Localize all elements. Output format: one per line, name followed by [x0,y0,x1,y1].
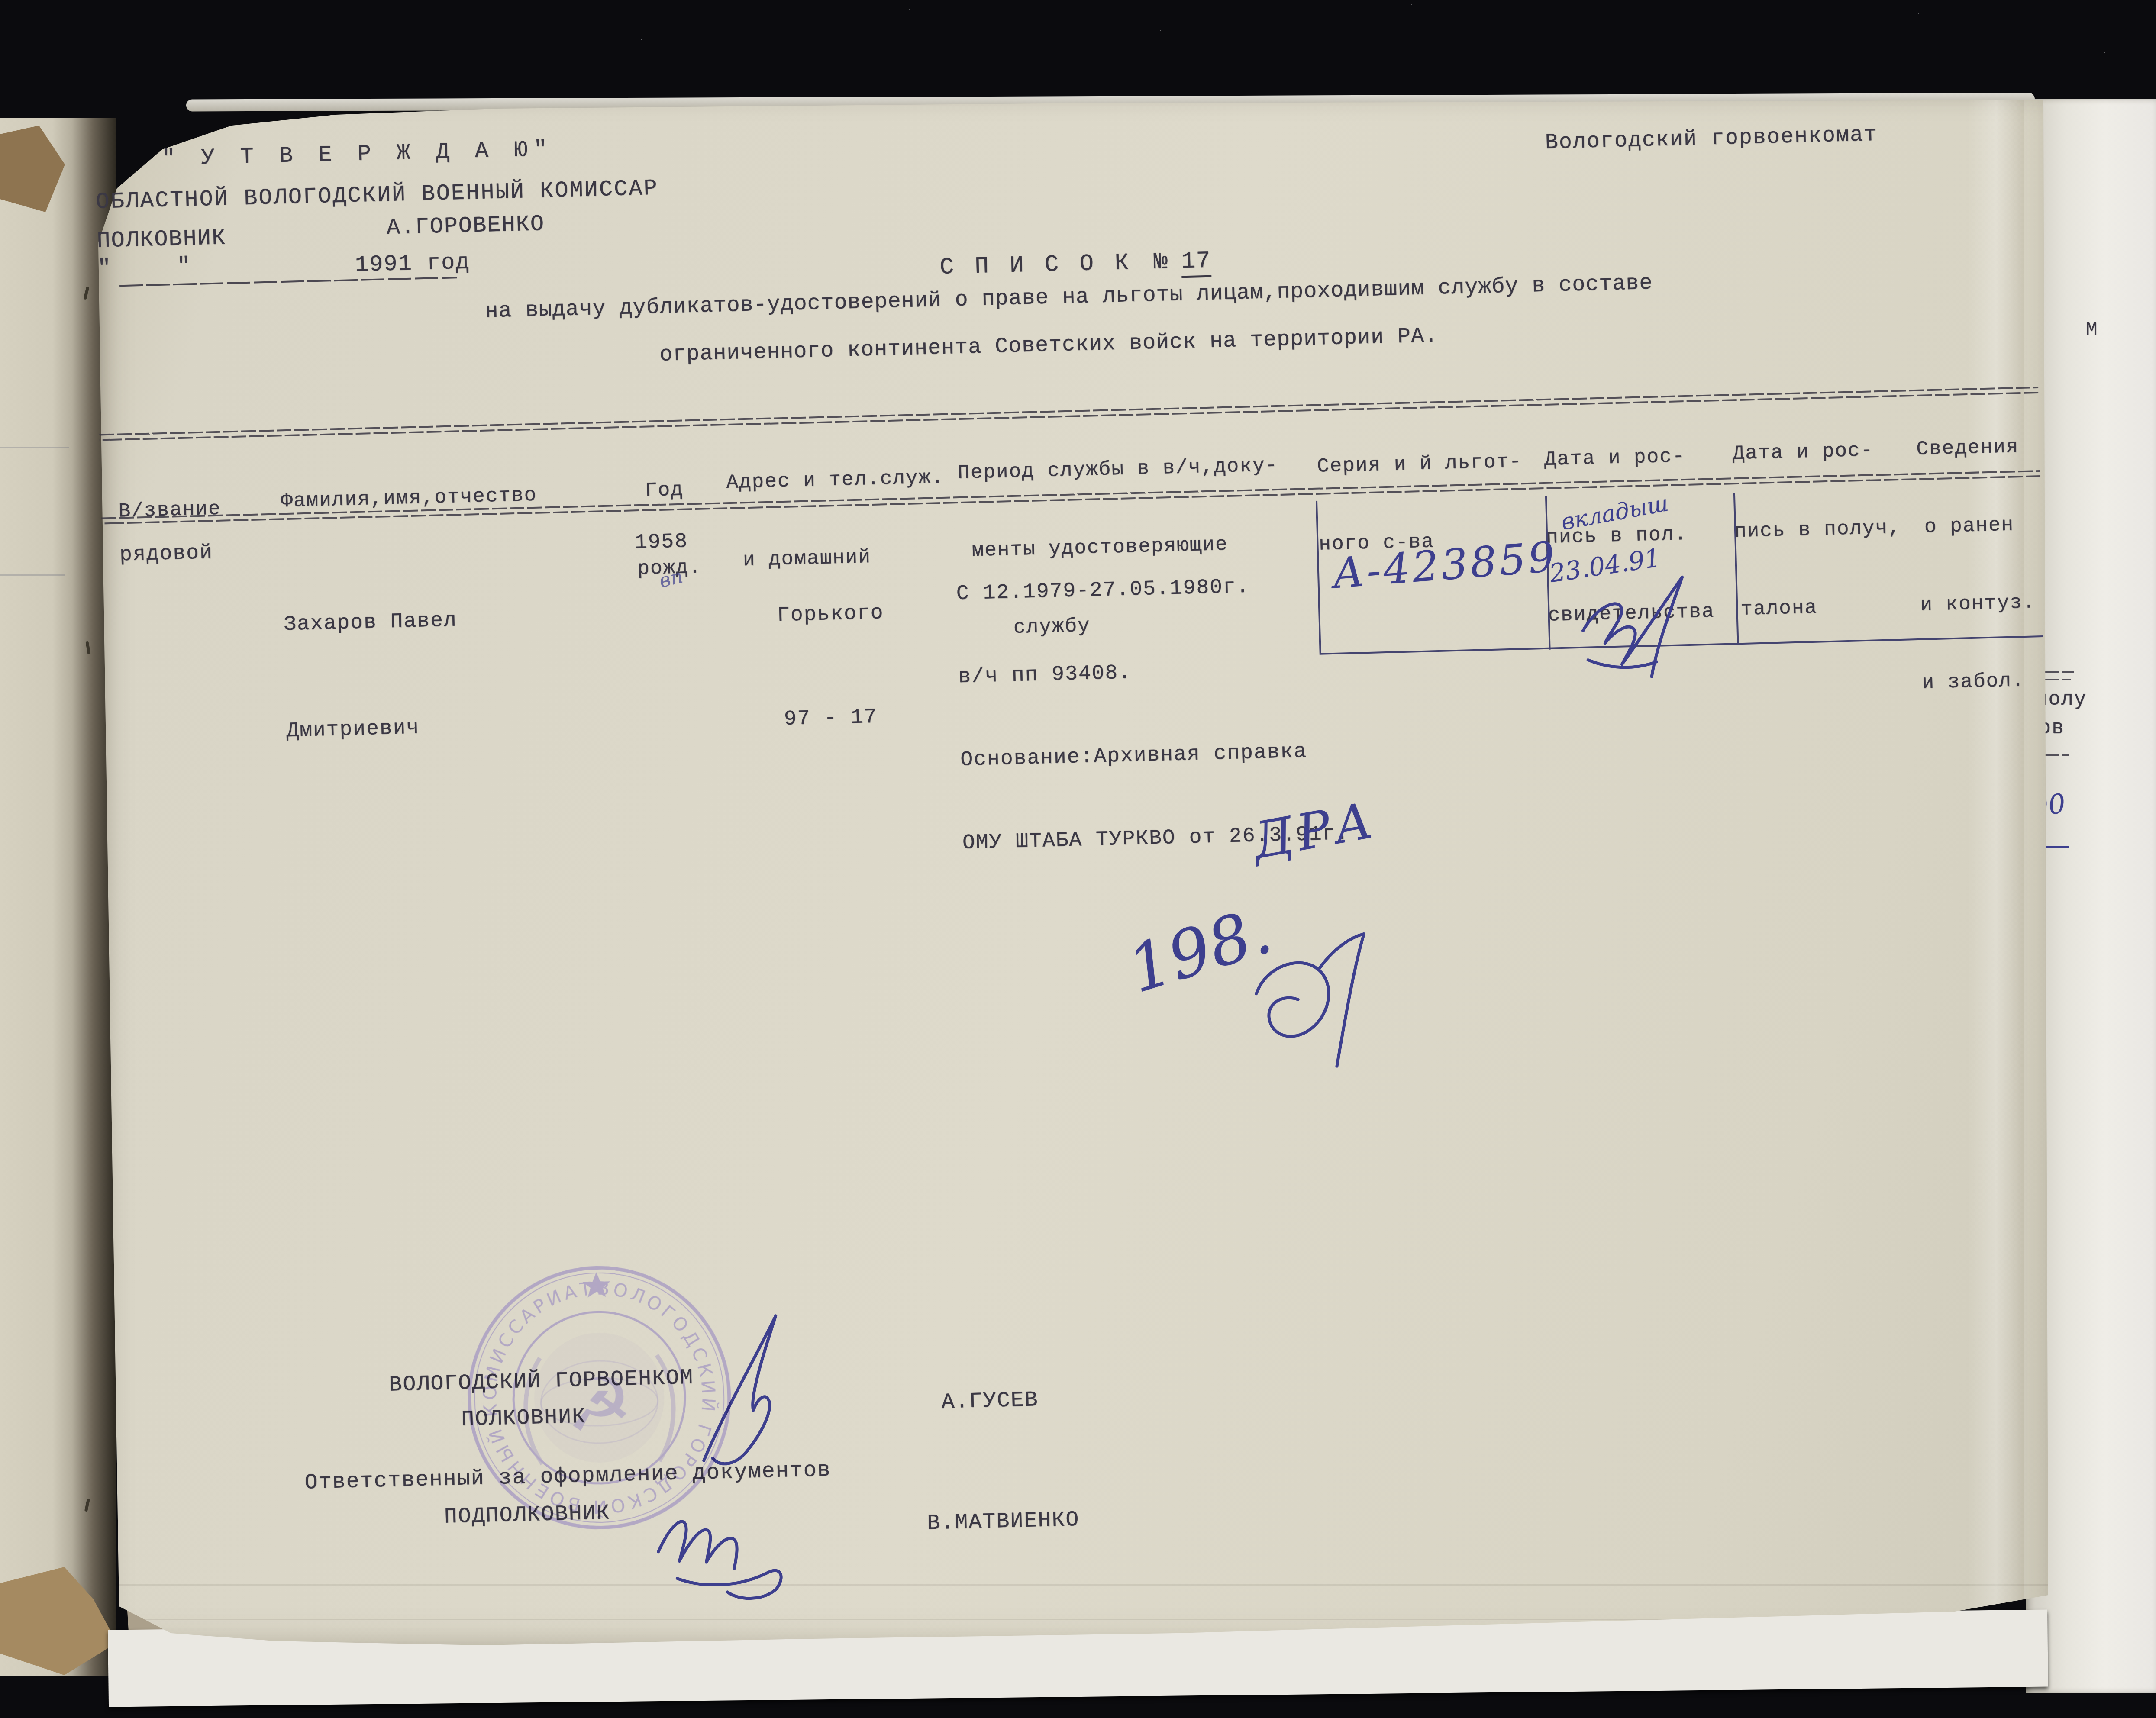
col-header-rank: В/звание [117,444,221,525]
title-number-sign: № [1153,249,1169,276]
title-number: 17 [1181,248,1211,278]
row-name: Захаров Павел Дмитриевич [281,532,460,749]
col-header-date-coupon: Дата и рос- пись в получ, талона [1731,385,1903,622]
col-header-name: Фамилия,имя,отчество [279,430,537,514]
approval-rank: ПОЛКОВНИК [97,225,226,254]
row-birth-year: 1958 [634,530,688,554]
col-header-serial: Серия и й льгот- ного с-ва [1315,396,1524,557]
title-word: С П И С О К [939,250,1133,281]
subtitle-line2: ограниченного континента Советских войск… [659,324,1438,367]
annotation-signature [1224,926,1375,1077]
approval-heading: " У Т В Е Р Ж Д А Ю" [161,137,553,172]
footer-name1: А.ГУСЕВ [941,1388,1039,1415]
approval-year: 1991 год [355,249,470,277]
col-header-birth-year: Год рожд. [634,424,714,582]
row-rank: рядовой [119,541,213,567]
approval-name: А.ГОРОВЕНКО [386,211,545,241]
footer-name2: В.МАТВИЕНКО [927,1508,1080,1536]
approval-commissar-line: ОБЛАСТНОЙ ВОЛОГОДСКИЙ ВОЕННЫЙ КОМИССАР [96,176,659,215]
binding-stitch [84,1499,90,1512]
binding-stitch [85,641,90,655]
office-name: Вологодский горвоенкомат [1545,122,1878,155]
page-content: " У Т В Е Р Ж Д А Ю" ОБЛАСТНОЙ ВОЛОГОДСК… [84,50,2079,1651]
pencil-line [0,574,65,576]
col-header-wounds: Сведения о ранен и контуз. и забол. [1915,381,2038,696]
round-stamp: ВОЛОГОДСКИЙ ГОРОДСКОЙ ВОЕННЫЙ КОМИССАРИА… [457,1256,741,1539]
edge-fragment-letter: М [2086,319,2098,341]
list-title: С П И С О К № 17 [939,248,1211,281]
dust-speckles [87,65,87,66]
binding-stitch [83,287,89,300]
pencil-line [0,447,69,448]
row-birth-note-handwritten: вп [657,565,685,592]
scanned-document-photo: М полу тов 90 " У Т В Е Р Ж Д А Ю" ОБЛАС… [0,0,2156,1718]
stamp-emblem-icon: ☭ [565,1361,633,1449]
insert-signature [1569,571,1701,683]
approval-date-quotes: " " [97,253,203,281]
row-address: Горького 97 - 17 [775,526,887,737]
subtitle-line1: на выдачу дубликатов-удостоверений о пра… [485,271,1653,324]
